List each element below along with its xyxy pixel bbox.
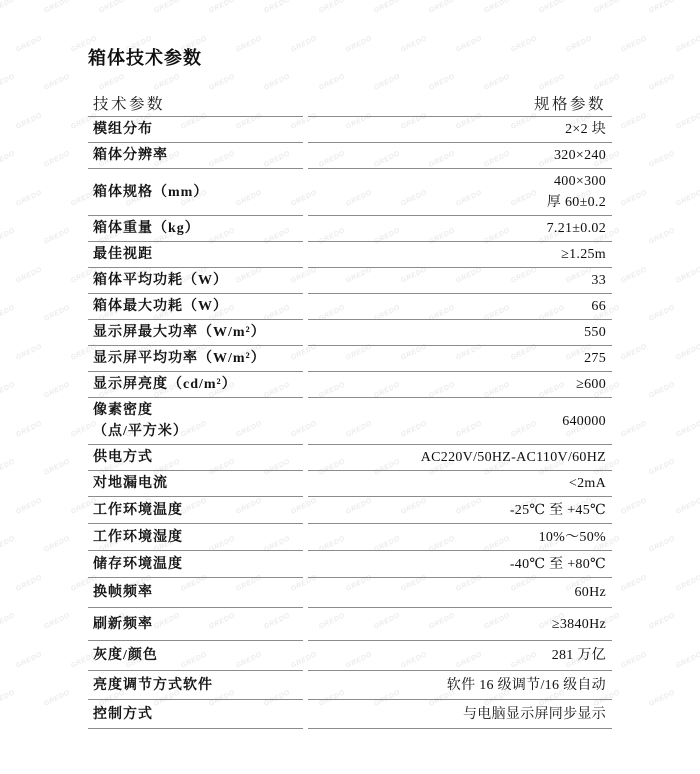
- row-value: 320×240: [308, 143, 612, 169]
- table-row: 显示屏平均功率（W/m²）275: [88, 346, 612, 372]
- watermark-mark: GREDO: [0, 381, 16, 400]
- row-label-line: 像素密度: [93, 400, 303, 421]
- watermark-mark: GREDO: [15, 35, 43, 54]
- row-label-line: 箱体最大功耗（W）: [93, 296, 303, 317]
- watermark-mark: GREDO: [0, 304, 16, 323]
- watermark-mark: GREDO: [428, 0, 456, 15]
- table-row: 箱体最大功耗（W）66: [88, 294, 612, 320]
- row-label-line: 工作环境湿度: [93, 527, 303, 548]
- watermark-mark: GREDO: [318, 0, 346, 15]
- row-value: 640000: [308, 398, 612, 445]
- watermark-mark: GREDO: [620, 35, 648, 54]
- row-value-line: 400×300: [308, 171, 606, 192]
- watermark-mark: GREDO: [620, 497, 648, 516]
- row-value: ≥1.25m: [308, 242, 612, 268]
- row-value-line: 7.21±0.02: [308, 218, 606, 239]
- watermark-mark: GREDO: [208, 0, 236, 15]
- table-header-right: 规格参数: [308, 90, 612, 117]
- watermark-mark: GREDO: [15, 420, 43, 439]
- row-label-line: 灰度/颜色: [93, 645, 303, 666]
- table-row: 亮度调节方式软件软件 16 级调节/16 级自动: [88, 671, 612, 700]
- row-label: 箱体平均功耗（W）: [88, 268, 303, 294]
- watermark-mark: GREDO: [0, 689, 16, 708]
- watermark-mark: GREDO: [153, 0, 181, 15]
- table-row: 显示屏亮度（cd/m²）≥600: [88, 372, 612, 398]
- watermark-mark: GREDO: [43, 304, 71, 323]
- row-value-line: 软件 16 级调节/16 级自动: [308, 675, 606, 696]
- watermark-mark: GREDO: [620, 189, 648, 208]
- row-label-line: 显示屏平均功率（W/m²）: [93, 348, 303, 369]
- table-row: 对地漏电流<2mA: [88, 471, 612, 497]
- row-value-line: AC220V/50HZ-AC110V/60HZ: [308, 447, 606, 468]
- content-area: 箱体技术参数 技术参数 规格参数 模组分布2×2 块箱体分辨率320×240箱体…: [88, 44, 612, 729]
- row-value-line: 厚 60±0.2: [308, 192, 606, 213]
- watermark-mark: GREDO: [43, 689, 71, 708]
- watermark-mark: GREDO: [0, 227, 16, 246]
- watermark-mark: GREDO: [43, 612, 71, 631]
- row-value: -25℃ 至 +45℃: [308, 497, 612, 524]
- table-header-left: 技术参数: [88, 90, 303, 117]
- watermark-mark: GREDO: [648, 689, 676, 708]
- watermark-mark: GREDO: [15, 189, 43, 208]
- row-value-line: ≥3840Hz: [308, 614, 606, 635]
- row-value-line: ≥1.25m: [308, 244, 606, 265]
- row-label-line: 换帧频率: [93, 582, 303, 603]
- row-label: 工作环境湿度: [88, 524, 303, 551]
- watermark-mark: GREDO: [648, 0, 676, 15]
- row-label: 储存环境温度: [88, 551, 303, 578]
- watermark-mark: GREDO: [15, 266, 43, 285]
- row-value: -40℃ 至 +80℃: [308, 551, 612, 578]
- watermark-mark: GREDO: [43, 150, 71, 169]
- watermark-mark: GREDO: [620, 343, 648, 362]
- row-value: ≥3840Hz: [308, 608, 612, 641]
- table-body: 模组分布2×2 块箱体分辨率320×240箱体规格（mm）400×300厚 60…: [88, 117, 612, 729]
- row-label: 换帧频率: [88, 578, 303, 608]
- row-value: AC220V/50HZ-AC110V/60HZ: [308, 445, 612, 471]
- table-row: 灰度/颜色281 万亿: [88, 641, 612, 671]
- row-label-line: （点/平方米）: [93, 421, 303, 442]
- row-value-line: 66: [308, 296, 606, 317]
- watermark-mark: GREDO: [675, 420, 700, 439]
- row-value-line: 33: [308, 270, 606, 291]
- row-value-line: 60Hz: [308, 582, 606, 603]
- row-label: 箱体重量（kg）: [88, 216, 303, 242]
- watermark-mark: GREDO: [98, 0, 126, 15]
- row-value: 10%～50%: [308, 524, 612, 551]
- row-label: 模组分布: [88, 117, 303, 143]
- row-value: 281 万亿: [308, 641, 612, 671]
- table-row: 箱体平均功耗（W）33: [88, 268, 612, 294]
- table-row: 供电方式AC220V/50HZ-AC110V/60HZ: [88, 445, 612, 471]
- table-row: 箱体重量（kg）7.21±0.02: [88, 216, 612, 242]
- watermark-mark: GREDO: [675, 266, 700, 285]
- row-value: 2×2 块: [308, 117, 612, 143]
- watermark-mark: GREDO: [620, 574, 648, 593]
- watermark-mark: GREDO: [43, 381, 71, 400]
- row-label: 显示屏平均功率（W/m²）: [88, 346, 303, 372]
- row-value: 275: [308, 346, 612, 372]
- row-label: 亮度调节方式软件: [88, 671, 303, 700]
- watermark-mark: GREDO: [43, 227, 71, 246]
- table-row: 像素密度（点/平方米）640000: [88, 398, 612, 445]
- watermark-mark: GREDO: [675, 35, 700, 54]
- table-row: 控制方式与电脑显示屏同步显示: [88, 700, 612, 729]
- watermark-mark: GREDO: [675, 189, 700, 208]
- row-value: 400×300厚 60±0.2: [308, 169, 612, 216]
- row-label-line: 刷新频率: [93, 614, 303, 635]
- watermark-mark: GREDO: [43, 535, 71, 554]
- row-value-line: ≥600: [308, 374, 606, 395]
- watermark-mark: GREDO: [675, 112, 700, 131]
- watermark-mark: GREDO: [15, 343, 43, 362]
- row-label-line: 亮度调节方式软件: [93, 675, 303, 696]
- row-value: 7.21±0.02: [308, 216, 612, 242]
- watermark-mark: GREDO: [620, 112, 648, 131]
- spec-table: 技术参数 规格参数 模组分布2×2 块箱体分辨率320×240箱体规格（mm）4…: [88, 90, 612, 729]
- row-label: 像素密度（点/平方米）: [88, 398, 303, 445]
- watermark-mark: GREDO: [0, 458, 16, 477]
- row-label: 箱体规格（mm）: [88, 169, 303, 216]
- watermark-mark: GREDO: [0, 0, 16, 15]
- row-value-line: 10%～50%: [308, 527, 606, 548]
- table-row: 工作环境湿度10%～50%: [88, 524, 612, 551]
- row-label: 最佳视距: [88, 242, 303, 268]
- watermark-mark: GREDO: [373, 0, 401, 15]
- watermark-mark: GREDO: [0, 150, 16, 169]
- row-label-line: 工作环境温度: [93, 500, 303, 521]
- watermark-mark: GREDO: [620, 420, 648, 439]
- table-row: 箱体规格（mm）400×300厚 60±0.2: [88, 169, 612, 216]
- table-row: 模组分布2×2 块: [88, 117, 612, 143]
- watermark-mark: GREDO: [15, 112, 43, 131]
- watermark-mark: GREDO: [675, 497, 700, 516]
- watermark-mark: GREDO: [648, 535, 676, 554]
- row-value: 66: [308, 294, 612, 320]
- row-value-line: 320×240: [308, 145, 606, 166]
- watermark-mark: GREDO: [648, 150, 676, 169]
- row-value-line: -25℃ 至 +45℃: [308, 500, 606, 521]
- row-label-line: 对地漏电流: [93, 473, 303, 494]
- row-value-line: 550: [308, 322, 606, 343]
- row-value-line: 640000: [308, 411, 606, 432]
- row-value-line: -40℃ 至 +80℃: [308, 554, 606, 575]
- row-label-line: 显示屏最大功率（W/m²）: [93, 322, 303, 343]
- watermark-mark: GREDO: [43, 458, 71, 477]
- row-label: 显示屏最大功率（W/m²）: [88, 320, 303, 346]
- watermark-mark: GREDO: [648, 227, 676, 246]
- table-row: 显示屏最大功率（W/m²）550: [88, 320, 612, 346]
- row-value: 550: [308, 320, 612, 346]
- watermark-mark: GREDO: [538, 0, 566, 15]
- watermark-mark: GREDO: [648, 73, 676, 92]
- row-label-line: 控制方式: [93, 704, 303, 725]
- document-page: GREDOGREDOGREDOGREDOGREDOGREDOGREDOGREDO…: [0, 0, 700, 774]
- watermark-mark: GREDO: [648, 458, 676, 477]
- row-label-line: 显示屏亮度（cd/m²）: [93, 374, 303, 395]
- row-value: 60Hz: [308, 578, 612, 608]
- row-value: 与电脑显示屏同步显示: [308, 700, 612, 729]
- row-label-line: 箱体规格（mm）: [93, 182, 303, 203]
- table-row: 箱体分辨率320×240: [88, 143, 612, 169]
- row-label: 供电方式: [88, 445, 303, 471]
- watermark-mark: GREDO: [0, 535, 16, 554]
- row-label-line: 模组分布: [93, 119, 303, 140]
- watermark-mark: GREDO: [15, 574, 43, 593]
- row-value: <2mA: [308, 471, 612, 497]
- watermark-mark: GREDO: [0, 73, 16, 92]
- row-label-line: 箱体分辨率: [93, 145, 303, 166]
- table-row: 工作环境温度-25℃ 至 +45℃: [88, 497, 612, 524]
- watermark-mark: GREDO: [648, 381, 676, 400]
- row-label-line: 箱体重量（kg）: [93, 218, 303, 239]
- page-title: 箱体技术参数: [88, 44, 612, 70]
- row-value: 软件 16 级调节/16 级自动: [308, 671, 612, 700]
- row-value-line: 281 万亿: [308, 645, 606, 666]
- row-label-line: 储存环境温度: [93, 554, 303, 575]
- watermark-mark: GREDO: [483, 0, 511, 15]
- table-row: 储存环境温度-40℃ 至 +80℃: [88, 551, 612, 578]
- table-row: 最佳视距≥1.25m: [88, 242, 612, 268]
- row-label: 显示屏亮度（cd/m²）: [88, 372, 303, 398]
- table-row: 换帧频率60Hz: [88, 578, 612, 608]
- watermark-mark: GREDO: [675, 651, 700, 670]
- watermark-mark: GREDO: [648, 612, 676, 631]
- row-label-line: 最佳视距: [93, 244, 303, 265]
- row-label: 对地漏电流: [88, 471, 303, 497]
- watermark-mark: GREDO: [15, 497, 43, 516]
- row-label: 灰度/颜色: [88, 641, 303, 671]
- row-label: 箱体分辨率: [88, 143, 303, 169]
- row-label: 工作环境温度: [88, 497, 303, 524]
- table-row: 刷新频率≥3840Hz: [88, 608, 612, 641]
- watermark-mark: GREDO: [648, 304, 676, 323]
- watermark-mark: GREDO: [15, 651, 43, 670]
- watermark-mark: GREDO: [263, 0, 291, 15]
- row-label-line: 箱体平均功耗（W）: [93, 270, 303, 291]
- table-header-row: 技术参数 规格参数: [88, 90, 612, 117]
- watermark-mark: GREDO: [620, 651, 648, 670]
- row-value: ≥600: [308, 372, 612, 398]
- row-value-line: 2×2 块: [308, 119, 606, 140]
- watermark-mark: GREDO: [43, 0, 71, 15]
- row-label: 控制方式: [88, 700, 303, 729]
- row-value: 33: [308, 268, 612, 294]
- row-label: 箱体最大功耗（W）: [88, 294, 303, 320]
- watermark-mark: GREDO: [0, 612, 16, 631]
- watermark-mark: GREDO: [675, 343, 700, 362]
- watermark-mark: GREDO: [675, 574, 700, 593]
- row-label-line: 供电方式: [93, 447, 303, 468]
- row-value-line: <2mA: [308, 473, 606, 494]
- watermark-mark: GREDO: [620, 266, 648, 285]
- row-value-line: 与电脑显示屏同步显示: [308, 704, 606, 725]
- row-value-line: 275: [308, 348, 606, 369]
- row-label: 刷新频率: [88, 608, 303, 641]
- watermark-mark: GREDO: [43, 73, 71, 92]
- watermark-mark: GREDO: [593, 0, 621, 15]
